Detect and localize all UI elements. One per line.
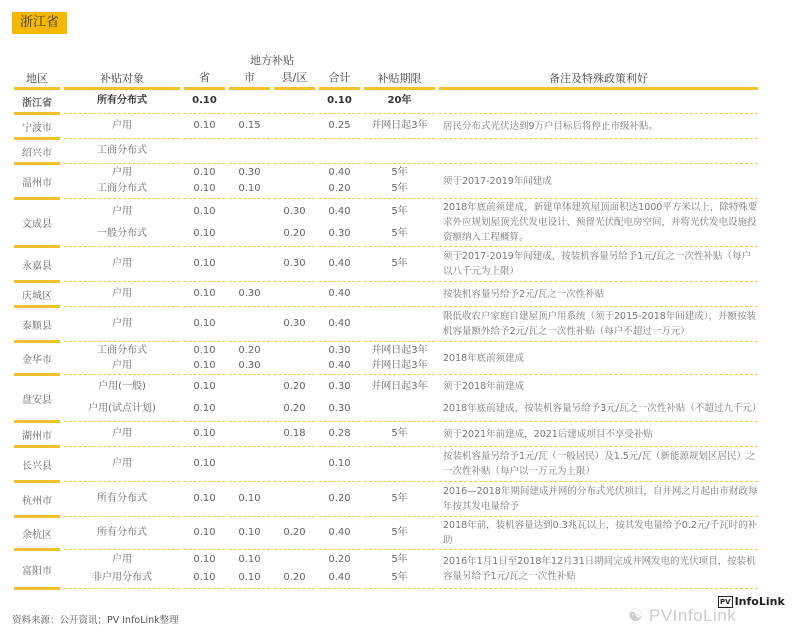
separator-line	[439, 481, 758, 482]
total-value: 0.30	[317, 398, 362, 420]
note-cell: 2018年底前须建成，新建单体建筑屋顶面积达1000平方米以上，除特殊要求外应规…	[437, 200, 760, 245]
separator-line	[274, 588, 315, 589]
separator-line	[364, 516, 435, 517]
city-cell: 0.10	[227, 518, 272, 548]
logo-text: InfoLink	[735, 595, 785, 608]
separator-line	[274, 246, 315, 247]
separator-line	[364, 421, 435, 422]
city-cell: 0.300.10	[227, 165, 272, 197]
county-cell	[272, 115, 317, 137]
target-cell: 户用工商分布式	[62, 165, 182, 197]
city-value: 0.10	[227, 569, 272, 587]
separator-line	[364, 446, 435, 447]
city-value	[227, 223, 272, 245]
period-cell	[362, 308, 437, 340]
separator-line	[439, 588, 758, 589]
total-cell: 0.300.30	[317, 376, 362, 420]
separator-line	[229, 549, 270, 550]
province-cell: 0.10	[182, 448, 227, 480]
city-value	[227, 376, 272, 398]
separator-line	[364, 246, 435, 247]
table-row: 长兴县户用0.100.10按装机容量另给予1元/瓦（一般居民）及1.5元/瓦（新…	[12, 448, 760, 480]
separator-line	[184, 374, 225, 375]
total-value: 0.30	[317, 376, 362, 398]
total-value: 0.20	[317, 551, 362, 569]
separator-line	[229, 306, 270, 307]
county-value	[272, 358, 317, 373]
county-value	[272, 551, 317, 569]
city-cell	[227, 140, 272, 162]
source-note: 资料来源：公开资讯；PV InfoLink整理	[12, 612, 179, 626]
separator-line	[184, 516, 225, 517]
separator-line	[184, 113, 225, 114]
target-cell: 户用	[62, 448, 182, 480]
region-cell: 温州市	[12, 165, 62, 197]
separator-line	[364, 588, 435, 589]
total-cell: 0.10	[317, 448, 362, 480]
province-cell: 0.100.10	[182, 376, 227, 420]
separator-line	[364, 163, 435, 164]
separator-line	[64, 341, 180, 342]
separator-line	[64, 446, 180, 447]
city-cell	[227, 200, 272, 245]
county-value	[272, 118, 317, 134]
header-city: 市	[227, 68, 272, 86]
separator-line	[64, 198, 180, 199]
total-cell: 0.400.30	[317, 200, 362, 245]
city-value: 0.20	[227, 343, 272, 358]
separator-line	[439, 246, 758, 247]
table-row: 永嘉县户用0.100.300.405年须于2017-2019年间建成，按装机容量…	[12, 248, 760, 280]
city-value	[227, 143, 272, 159]
separator-line	[14, 587, 60, 590]
header-province: 省	[182, 68, 227, 86]
total-value: 0.20	[317, 491, 362, 507]
separator-line	[229, 481, 270, 482]
target-cell: 工商分布式户用	[62, 343, 182, 373]
period-cell: 5年5年	[362, 165, 437, 197]
city-value: 0.30	[227, 358, 272, 373]
province-value: 0.10	[182, 456, 227, 472]
county-value: 0.20	[272, 376, 317, 398]
province-value: 0.10	[182, 316, 227, 332]
target-cell: 户用一般分布式	[62, 200, 182, 245]
city-cell: 0.10	[227, 483, 272, 515]
city-value	[227, 398, 272, 420]
separator-line	[64, 588, 180, 589]
table-row: 湖州市户用0.100.180.285年须于2021年前建成，2021后建成项目不…	[12, 423, 760, 445]
county-cell: 0.300.20	[272, 200, 317, 245]
target-value: 工商分布式	[62, 343, 182, 358]
province-value: 0.10	[182, 358, 227, 373]
target-value: 户用	[62, 165, 182, 181]
total-value: 0.40	[317, 286, 362, 302]
target-value: 户用(试点计划)	[62, 398, 182, 420]
header-region: 地区	[12, 50, 62, 86]
region-cell: 金华市	[12, 343, 62, 373]
city-value	[227, 93, 272, 109]
total-value: 0.40	[317, 201, 362, 223]
target-cell: 所有分布式	[62, 90, 182, 112]
separator-line	[439, 516, 758, 517]
county-cell: 0.20	[272, 551, 317, 587]
province-value: 0.10	[182, 118, 227, 134]
total-value: 0.40	[317, 165, 362, 181]
target-cell: 户用	[62, 423, 182, 445]
region-cell: 绍兴市	[12, 140, 62, 162]
table-row: 宁波市户用0.100.150.25并网日起3年居民分布式光伏达到9万户目标后将停…	[12, 115, 760, 137]
city-value: 0.10	[227, 491, 272, 507]
table-row: 泰顺县户用0.100.300.40限低收农户家庭自建屋顶户用系统（须于2015-…	[12, 308, 760, 340]
separator-line	[364, 374, 435, 375]
province-value: 0.10	[182, 256, 227, 272]
period-cell: 5年	[362, 423, 437, 445]
county-value: 0.30	[272, 316, 317, 332]
county-value: 0.30	[272, 201, 317, 223]
target-value: 户用	[62, 316, 182, 332]
note-cell: 居民分布式光伏达到9万户目标后将停止市级补贴。	[437, 115, 760, 137]
note-cell: 按装机容量另给予1元/瓦（一般居民）及1.5元/瓦（新能源规划区居民）之一次性补…	[437, 448, 760, 480]
note-cell: 2018年前，装机容量达到0.3兆瓦以上，按其发电量给予0.2元/千瓦时的补助	[437, 518, 760, 548]
separator-line	[184, 481, 225, 482]
target-value: 户用	[62, 551, 182, 569]
province-cell: 0.100.10	[182, 551, 227, 587]
province-value: 0.10	[182, 165, 227, 181]
period-value: 5年	[362, 569, 437, 587]
province-value	[182, 143, 227, 159]
county-cell	[272, 283, 317, 305]
period-value: 并网日起3年	[362, 376, 437, 398]
period-cell	[362, 140, 437, 162]
period-cell	[362, 448, 437, 480]
city-value	[227, 316, 272, 332]
target-cell: 户用(一般)户用(试点计划)	[62, 376, 182, 420]
target-value: 户用	[62, 456, 182, 472]
period-cell: 并网日起3年	[362, 376, 437, 420]
county-cell	[272, 165, 317, 197]
separator-line	[274, 281, 315, 282]
target-cell: 所有分布式	[62, 518, 182, 548]
period-cell: 5年5年	[362, 551, 437, 587]
table-row: 绍兴市工商分布式	[12, 140, 760, 162]
separator-line	[439, 113, 758, 114]
separator-line	[274, 198, 315, 199]
county-value: 0.20	[272, 525, 317, 541]
target-cell: 所有分布式	[62, 483, 182, 515]
separator-line	[229, 113, 270, 114]
period-value: 5年	[362, 525, 437, 541]
separator-line	[319, 198, 360, 199]
separator-line	[274, 446, 315, 447]
separator-line	[229, 246, 270, 247]
separator-line	[229, 341, 270, 342]
period-value: 5年	[362, 223, 437, 245]
total-value: 0.40	[317, 525, 362, 541]
separator-line	[229, 516, 270, 517]
separator-line	[229, 138, 270, 139]
target-cell: 户用	[62, 283, 182, 305]
county-value: 0.20	[272, 223, 317, 245]
county-value: 0.18	[272, 426, 317, 442]
separator-line	[64, 374, 180, 375]
total-value: 0.25	[317, 118, 362, 134]
separator-line	[184, 421, 225, 422]
separator-line	[184, 138, 225, 139]
total-cell: 0.20	[317, 483, 362, 515]
separator-line	[274, 163, 315, 164]
header-notes: 备注及特殊政策利好	[437, 50, 760, 86]
region-cell: 富阳市	[12, 551, 62, 587]
target-value: 户用	[62, 358, 182, 373]
target-cell: 户用非户用分布式	[62, 551, 182, 587]
target-value: 所有分布式	[62, 491, 182, 507]
separator-line	[64, 246, 180, 247]
period-cell: 5年5年	[362, 200, 437, 245]
province-cell: 0.10	[182, 90, 227, 112]
subsidy-table: 地区 补贴对象 地方补贴 补贴期限 备注及特殊政策利好 省 市 县/区 合计 浙…	[12, 50, 760, 590]
county-value	[272, 93, 317, 109]
total-cell: 0.10	[317, 90, 362, 112]
city-cell	[227, 448, 272, 480]
separator-line	[439, 306, 758, 307]
county-value	[272, 343, 317, 358]
city-cell	[227, 423, 272, 445]
total-value: 0.40	[317, 569, 362, 587]
total-value: 0.20	[317, 181, 362, 197]
period-value	[362, 316, 437, 332]
period-cell: 并网日起3年	[362, 115, 437, 137]
target-value: 非户用分布式	[62, 569, 182, 587]
period-value	[362, 286, 437, 302]
county-value	[272, 181, 317, 197]
separator-line	[319, 516, 360, 517]
separator-line	[274, 549, 315, 550]
region-cell: 文成县	[12, 200, 62, 245]
province-cell	[182, 140, 227, 162]
total-value	[317, 143, 362, 159]
county-value	[272, 165, 317, 181]
total-cell	[317, 140, 362, 162]
county-value: 0.20	[272, 398, 317, 420]
note-cell: 须于2017-2019年间建成	[437, 165, 760, 197]
header-total: 合计	[317, 68, 362, 86]
separator-line	[274, 138, 315, 139]
province-value: 0.10	[182, 181, 227, 197]
separator-line	[274, 516, 315, 517]
region-cell: 浙江省	[12, 90, 62, 112]
note-cell	[437, 90, 760, 112]
note-cell: 2016年1月1日至2018年12月31日期间完成并网发电的光伏项目，按装机容量…	[437, 551, 760, 587]
table-row: 金华市工商分布式户用0.100.100.200.300.300.40并网日起3年…	[12, 343, 760, 373]
separator-line	[319, 306, 360, 307]
separator-line	[439, 341, 758, 342]
note-cell: 须于2018年前建成2018年底前建成，按装机容量另给予3元/瓦之一次性补贴（不…	[437, 376, 760, 420]
separator-line	[274, 481, 315, 482]
province-cell: 0.10	[182, 283, 227, 305]
note-cell: 按装机容量另给予2元/瓦之一次性补贴	[437, 283, 760, 305]
separator-line	[319, 163, 360, 164]
total-cell: 0.40	[317, 308, 362, 340]
separator-line	[319, 138, 360, 139]
table-row: 文成县户用一般分布式0.100.100.300.200.400.305年5年20…	[12, 200, 760, 245]
province-value: 0.10	[182, 201, 227, 223]
city-cell	[227, 248, 272, 280]
period-cell: 5年	[362, 248, 437, 280]
city-value: 0.10	[227, 181, 272, 197]
county-value	[272, 456, 317, 472]
total-value: 0.10	[317, 93, 362, 109]
target-cell: 工商分布式	[62, 140, 182, 162]
period-value: 5年	[362, 165, 437, 181]
separator-line	[364, 138, 435, 139]
county-cell	[272, 483, 317, 515]
separator-line	[364, 481, 435, 482]
total-value: 0.28	[317, 426, 362, 442]
period-cell: 5年	[362, 483, 437, 515]
city-cell: 0.200.30	[227, 343, 272, 373]
city-value: 0.30	[227, 286, 272, 302]
separator-line	[184, 198, 225, 199]
city-cell: 0.30	[227, 283, 272, 305]
target-value: 户用	[62, 118, 182, 134]
header-county: 县/区	[272, 68, 317, 86]
period-value: 并网日起3年	[362, 358, 437, 373]
note-cell	[437, 140, 760, 162]
province-value: 0.10	[182, 525, 227, 541]
separator-line	[229, 588, 270, 589]
region-cell: 庆城区	[12, 283, 62, 305]
separator-line	[274, 113, 315, 114]
total-cell: 0.200.40	[317, 551, 362, 587]
separator-line	[439, 374, 758, 375]
separator-line	[364, 281, 435, 282]
city-cell	[227, 376, 272, 420]
target-cell: 户用	[62, 248, 182, 280]
county-cell	[272, 343, 317, 373]
target-value: 户用	[62, 426, 182, 442]
separator-line	[64, 421, 180, 422]
separator-line	[64, 516, 180, 517]
city-value: 0.10	[227, 551, 272, 569]
separator-line	[229, 198, 270, 199]
separator-line	[439, 549, 758, 550]
county-cell: 0.30	[272, 248, 317, 280]
period-cell: 并网日起3年并网日起3年	[362, 343, 437, 373]
separator-line	[319, 588, 360, 589]
separator-line	[184, 588, 225, 589]
period-value	[362, 143, 437, 159]
target-value: 户用(一般)	[62, 376, 182, 398]
note-value: 2018年底前建成，按装机容量另给予3元/瓦之一次性补贴（不超过九千元）	[443, 398, 760, 420]
separator-line	[319, 446, 360, 447]
separator-line	[319, 281, 360, 282]
separator-line	[64, 138, 180, 139]
target-value: 一般分布式	[62, 223, 182, 245]
note-cell: 2016—2018年期间建成并网的分布式光伏项目，自并网之月起由市财政每年按其发…	[437, 483, 760, 515]
total-value: 0.30	[317, 343, 362, 358]
separator-line	[364, 549, 435, 550]
city-value: 0.10	[227, 525, 272, 541]
separator-line	[319, 549, 360, 550]
wechat-icon: ☯	[628, 606, 644, 625]
separator-line	[229, 281, 270, 282]
total-value: 0.10	[317, 456, 362, 472]
county-value	[272, 491, 317, 507]
separator-line	[184, 246, 225, 247]
city-value	[227, 456, 272, 472]
total-cell: 0.28	[317, 423, 362, 445]
region-cell: 永嘉县	[12, 248, 62, 280]
city-cell	[227, 90, 272, 112]
separator-line	[319, 246, 360, 247]
period-value	[362, 456, 437, 472]
county-value	[272, 286, 317, 302]
province-value: 0.10	[182, 223, 227, 245]
separator-line	[439, 163, 758, 164]
separator-line	[439, 421, 758, 422]
period-cell	[362, 283, 437, 305]
separator-line	[439, 281, 758, 282]
separator-line	[319, 341, 360, 342]
separator-line	[229, 374, 270, 375]
province-value: 0.10	[182, 343, 227, 358]
city-value	[227, 201, 272, 223]
period-value: 5年	[362, 551, 437, 569]
total-value: 0.40	[317, 256, 362, 272]
region-cell: 余杭区	[12, 518, 62, 548]
period-value: 20年	[362, 93, 437, 109]
province-cell: 0.10	[182, 483, 227, 515]
note-cell: 限低收农户家庭自建屋顶户用系统（须于2015-2018年间建成），并额按装机容量…	[437, 308, 760, 340]
separator-line	[184, 163, 225, 164]
separator-line	[274, 306, 315, 307]
separator-line	[184, 281, 225, 282]
province-value: 0.10	[182, 286, 227, 302]
separator-line	[274, 341, 315, 342]
table-row: 盘安县户用(一般)户用(试点计划)0.100.100.200.200.300.3…	[12, 376, 760, 420]
period-value: 5年	[362, 201, 437, 223]
wechat-watermark: ☯ PVInfoLink	[628, 606, 736, 626]
separator-line	[364, 113, 435, 114]
province-cell: 0.10	[182, 248, 227, 280]
city-cell: 0.15	[227, 115, 272, 137]
county-cell: 0.200.20	[272, 376, 317, 420]
province-cell: 0.100.10	[182, 343, 227, 373]
county-cell: 0.18	[272, 423, 317, 445]
province-value: 0.10	[182, 491, 227, 507]
separator-line	[184, 306, 225, 307]
total-cell: 0.300.40	[317, 343, 362, 373]
county-cell: 0.20	[272, 518, 317, 548]
county-cell	[272, 90, 317, 112]
separator-line	[319, 421, 360, 422]
separator-line	[184, 549, 225, 550]
note-cell: 须于2017-2019年间建成，按装机容量另给予1元/瓦之一次性补贴（每户以八千…	[437, 248, 760, 280]
region-cell: 泰顺县	[12, 308, 62, 340]
total-value: 0.40	[317, 316, 362, 332]
total-cell: 0.40	[317, 518, 362, 548]
target-value: 所有分布式	[62, 93, 182, 109]
city-value	[227, 256, 272, 272]
table-row: 富阳市户用非户用分布式0.100.100.100.100.200.200.405…	[12, 551, 760, 587]
separator-line	[184, 341, 225, 342]
period-value: 5年	[362, 181, 437, 197]
table-row: 庆城区户用0.100.300.40按装机容量另给予2元/瓦之一次性补贴	[12, 283, 760, 305]
target-cell: 户用	[62, 115, 182, 137]
total-value: 0.40	[317, 358, 362, 373]
header-target: 补贴对象	[62, 50, 182, 86]
note-value: 须于2018年前建成	[443, 376, 760, 398]
